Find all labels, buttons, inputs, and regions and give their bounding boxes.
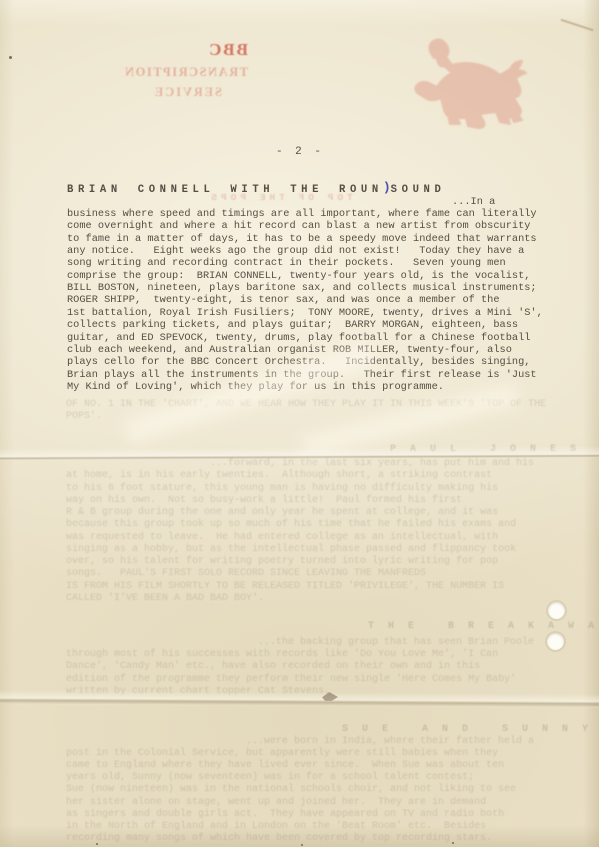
ghost-line: at home, is in his early twenties. Altho… (66, 470, 534, 482)
body-line: guitar, and ED SPEVOCK, twenty, drums, p… (67, 332, 545, 344)
blue-ink-correction: ) (383, 180, 391, 195)
ghost-line: her sister alone on stage, went up and j… (66, 797, 534, 809)
ghost-line: years old, Sunny (now seventeen) was in … (66, 772, 534, 784)
body-line: song writing and recording contract in t… (67, 257, 545, 269)
page-number: - 2 - (252, 146, 348, 158)
corner-crease-mark (561, 19, 594, 31)
punch-hole (547, 633, 564, 650)
ghost-line: way on his own. Not so busy-work a littl… (66, 495, 534, 507)
body-line: comprise the group: BRIAN CONNELL, twent… (67, 270, 545, 282)
ink-speck (301, 844, 303, 846)
heading-part1: BRIAN CONNELL WITH THE ROUN (67, 184, 383, 196)
ghost-line: through most of his successes with recor… (66, 649, 534, 661)
ghost-heading-sue-and-sunny: S U E A N D S U N N Y (342, 724, 592, 735)
fold-crease-lower (0, 690, 599, 708)
ghost-line: was requested to leave. He had entered c… (66, 532, 534, 544)
ghost-line: singing as a hobby, but as the intellect… (66, 544, 534, 556)
body-line: BILL BOSTON, nineteen, plays baritone sa… (67, 282, 545, 294)
ghost-line: songs. PAUL'S FIRST SOLO RECORD SINCE LE… (66, 568, 534, 580)
body-line: ROGER SHIPP, twenty-eight, is tenor sax,… (67, 294, 545, 306)
ink-speck (96, 843, 98, 845)
service-text: SERVICE (82, 85, 222, 100)
ghost-line: came to England where they have lived ev… (66, 760, 534, 772)
bbc-lion-icon (396, 28, 552, 130)
body-line: collects parking tickets, and plays guit… (67, 319, 545, 331)
heading-part2: SOUND (391, 184, 446, 196)
body-line: to fame in a matter of days, it has to b… (67, 233, 545, 245)
ghost-heading-the-breakaways: T H E B R E A K A W A Y S (368, 621, 599, 632)
ghost-line: because this group took up so much of hi… (66, 519, 534, 531)
body-line: come overnight and where a hit record ca… (67, 220, 545, 232)
body-line: business where speed and timings are all… (67, 208, 545, 220)
ghost-line: IS FROM HIS FILM SHORTLY TO BE RELEASED … (66, 581, 534, 593)
ghost-line: post in the Colonial Service, but appare… (66, 748, 534, 760)
ink-speck (452, 842, 454, 844)
ghost-line: ...forward, in the last six years, has p… (66, 458, 534, 470)
body-line: 1st battalion, Royal Irish Fusiliers; TO… (67, 307, 545, 319)
ghost-line: edition of the programme they perform th… (66, 674, 534, 686)
ghost-line: in the North of England and in London on… (66, 821, 534, 833)
body-line: club each weekend, and Australian organi… (67, 344, 545, 356)
ghost-line: ...were born in India, where their fathe… (66, 736, 534, 748)
bbc-letterhead-showthrough: BBC TRANSCRIPTION SERVICE (82, 40, 248, 100)
paragraph-intro: ...In a (452, 196, 495, 208)
ghost-line: R & B group during the one and only year… (66, 507, 534, 519)
body-line: any notice. Eight weeks ago the group di… (67, 245, 545, 257)
transcription-text: TRANSCRIPTION (82, 65, 248, 80)
ghost-line: ...the backing group that has seen Brian… (66, 637, 534, 649)
ink-speck (9, 56, 12, 59)
ghost-line: Dance', 'Candy Man' etc., have also reco… (66, 661, 534, 673)
ghost-line: as singers and double girls act. They ha… (66, 809, 534, 821)
punch-hole (548, 602, 565, 619)
scanned-document-page: BBC TRANSCRIPTION SERVICE - 2 - TOP OF T… (0, 0, 599, 847)
bbc-logo-text: BBC (82, 40, 248, 60)
ghost-line: CALLED 'I'VE BEEN A BAD BAD BOY'. (66, 593, 534, 605)
article-heading: BRIAN CONNELL WITH THE ROUN)SOUND (67, 181, 445, 196)
ghost-line: to his 6 foot stature, this young man is… (66, 483, 534, 495)
ghost-line: recording many songs of which have been … (66, 833, 534, 845)
ghost-line: over, so his talent for writing poetry t… (66, 556, 534, 568)
ghost-line: Sue (now nineteen) was in the national s… (66, 784, 534, 796)
